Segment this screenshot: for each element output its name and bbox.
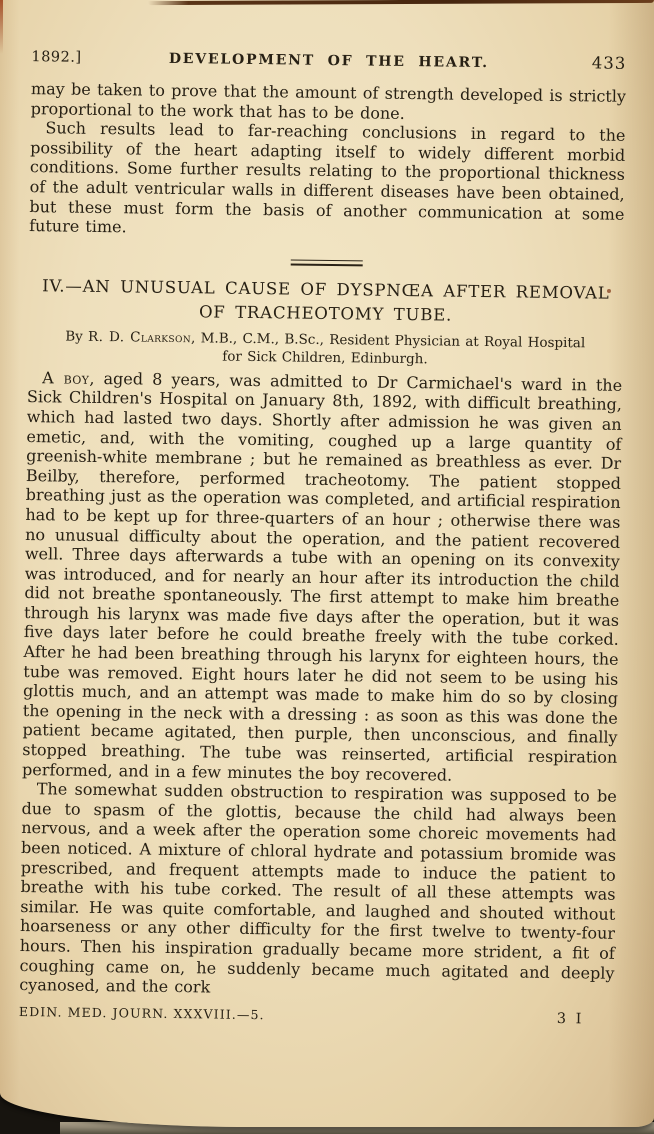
intro-paragraph: Such results lead to far-reaching conclu… [29,118,625,243]
paper-speck [607,289,611,293]
byline: By R. D. Clarkson, M.B., C.M., B.Sc., Re… [27,327,622,371]
section-divider-rule [290,259,362,266]
journal-reference: EDIN. MED. JOURN. XXXVIII.—5. [19,1004,265,1022]
paragraph-body: , aged 8 years, was admitted to Dr Carmi… [22,369,622,785]
article-heading: IV.—AN UNUSUAL CAUSE OF DYSPNŒA AFTER RE… [28,274,624,330]
article-paragraph-1: A boy, aged 8 years, was admitted to Dr … [22,368,622,787]
byline-prefix: By [65,328,88,344]
scanned-journal-page: { "page": { "header": { "year_marker": "… [0,0,654,1134]
signature-mark: 3 I [557,1011,584,1027]
article-paragraph-2: The somewhat sudden obstruction to respi… [19,779,617,1002]
author-name: R. D. Clarkson [88,329,191,346]
running-title: DEVELOPMENT OF THE HEART. [169,51,489,71]
year-marker: 1892.] [31,49,81,66]
page-content: 1892.] DEVELOPMENT OF THE HEART. 433 may… [19,46,627,1027]
paragraph-lead-smallcaps: A boy [42,368,89,388]
page-left-edge [0,0,3,54]
page-number: 433 [592,53,627,72]
